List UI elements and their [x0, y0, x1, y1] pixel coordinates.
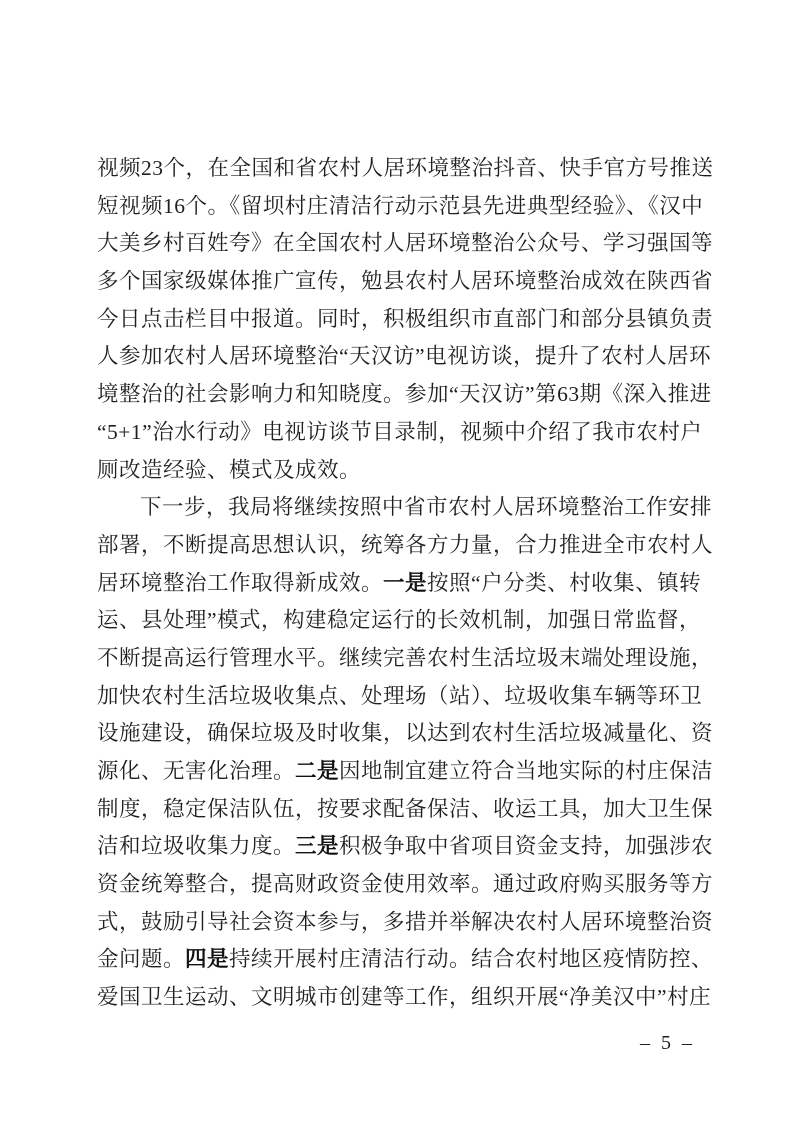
- text-line: 今日点击栏目中报道。同时，积极组织市直部门和部分县镇负责: [97, 301, 698, 339]
- body-text: 爱国卫生运动、文明城市创建等工作，组织开展“净美汉中”村庄: [97, 985, 711, 1009]
- body-text: “5+1”治水行动》电视访谈节目录制，视频中介绍了我市农村户: [97, 420, 702, 444]
- body-text: 资金统筹整合，提高财政资金使用效率。通过政府购买服务等方: [97, 872, 713, 896]
- document-page: 视频23个，在全国和省农村人居环境整治抖音、快手官方号推送短视频16个。《留坝村…: [0, 0, 793, 1122]
- body-text: 今日点击栏目中报道。同时，积极组织市直部门和部分县镇负责: [97, 307, 713, 331]
- text-line: 人参加农村人居环境整治“天汉访”电视访谈，提升了农村人居环: [97, 338, 698, 376]
- text-line: 不断提高运行管理水平。继续完善农村生活垃圾末端处理设施，: [97, 640, 698, 678]
- body-text: 积极争取中省项目资金支持，加强涉农: [339, 834, 713, 858]
- body-text: 居环境整治工作取得新成效。: [97, 571, 383, 595]
- text-line: 视频23个，在全国和省农村人居环境整治抖音、快手官方号推送: [97, 150, 698, 188]
- body-text: 厕改造经验、模式及成效。: [97, 458, 361, 482]
- body-text: 式，鼓励引导社会资本参与，多措并举解决农村人居环境整治资: [97, 910, 713, 934]
- body-text: 运、县处理”模式，构建稳定运行的长效机制，加强日常监督，: [97, 608, 701, 632]
- body-text: 视频23个，在全国和省农村人居环境整治抖音、快手官方号推送: [97, 156, 714, 180]
- text-line: 资金统筹整合，提高财政资金使用效率。通过政府购买服务等方: [97, 866, 698, 904]
- text-line: 洁和垃圾收集力度。三是积极争取中省项目资金支持，加强涉农: [97, 828, 698, 866]
- body-text: 部署，不断提高思想认识，统筹各方力量，合力推进全市农村人: [97, 533, 713, 557]
- text-line: 下一步，我局将继续按照中省市农村人居环境整治工作安排: [97, 489, 698, 527]
- emphasis-text: 二是: [295, 759, 339, 783]
- body-text: 金问题。: [97, 947, 185, 971]
- document-body: 视频23个，在全国和省农村人居环境整治抖音、快手官方号推送短视频16个。《留坝村…: [97, 150, 698, 1017]
- text-line: 短视频16个。《留坝村庄清洁行动示范县先进典型经验》、《汉中: [97, 188, 698, 226]
- paragraph: 下一步，我局将继续按照中省市农村人居环境整治工作安排部署，不断提高思想认识，统筹…: [97, 489, 698, 1017]
- text-line: 加快农村生活垃圾收集点、处理场（站）、垃圾收集车辆等环卫: [97, 678, 698, 716]
- text-line: 源化、无害化治理。二是因地制宜建立符合当地实际的村庄保洁: [97, 753, 698, 791]
- body-text: 不断提高运行管理水平。继续完善农村生活垃圾末端处理设施，: [97, 646, 713, 670]
- text-line: 运、县处理”模式，构建稳定运行的长效机制，加强日常监督，: [97, 602, 698, 640]
- text-line: 爱国卫生运动、文明城市创建等工作，组织开展“净美汉中”村庄: [97, 979, 698, 1017]
- body-text: 源化、无害化治理。: [97, 759, 295, 783]
- emphasis-text: 一是: [383, 571, 427, 595]
- paragraph: 视频23个，在全国和省农村人居环境整治抖音、快手官方号推送短视频16个。《留坝村…: [97, 150, 698, 489]
- body-text: 设施建设，确保垃圾及时收集，以达到农村生活垃圾减量化、资: [97, 721, 713, 745]
- text-line: “5+1”治水行动》电视访谈节目录制，视频中介绍了我市农村户: [97, 414, 698, 452]
- body-text: 境整治的社会影响力和知晓度。参加“天汉访”第63期《深入推进: [97, 382, 712, 406]
- body-text: 大美乡村百姓夸》在全国农村人居环境整治公众号、学习强国等: [97, 231, 713, 255]
- text-line: 境整治的社会影响力和知晓度。参加“天汉访”第63期《深入推进: [97, 376, 698, 414]
- text-line: 式，鼓励引导社会资本参与，多措并举解决农村人居环境整治资: [97, 904, 698, 942]
- body-text: 多个国家级媒体推广宣传，勉县农村人居环境整治成效在陕西省: [97, 269, 713, 293]
- body-text: 洁和垃圾收集力度。: [97, 834, 295, 858]
- text-line: 多个国家级媒体推广宣传，勉县农村人居环境整治成效在陕西省: [97, 263, 698, 301]
- body-text: 持续开展村庄清洁行动。结合农村地区疫情防控、: [229, 947, 713, 971]
- body-text: 人参加农村人居环境整治“天汉访”电视访谈，提升了农村人居环: [97, 344, 711, 368]
- page-number: – 5 –: [640, 1030, 695, 1056]
- text-line: 制度，稳定保洁队伍，按要求配备保洁、收运工具，加大卫生保: [97, 791, 698, 829]
- body-text: 加快农村生活垃圾收集点、处理场（站）、垃圾收集车辆等环卫: [97, 684, 702, 708]
- body-text: 制度，稳定保洁队伍，按要求配备保洁、收运工具，加大卫生保: [97, 797, 713, 821]
- emphasis-text: 四是: [185, 947, 229, 971]
- text-line: 大美乡村百姓夸》在全国农村人居环境整治公众号、学习强国等: [97, 225, 698, 263]
- text-line: 居环境整治工作取得新成效。一是按照“户分类、村收集、镇转: [97, 565, 698, 603]
- text-line: 设施建设，确保垃圾及时收集，以达到农村生活垃圾减量化、资: [97, 715, 698, 753]
- emphasis-text: 三是: [295, 834, 339, 858]
- body-text: 下一步，我局将继续按照中省市农村人居环境整治工作安排: [140, 495, 712, 519]
- text-line: 金问题。四是持续开展村庄清洁行动。结合农村地区疫情防控、: [97, 941, 698, 979]
- body-text: 按照“户分类、村收集、镇转: [427, 571, 701, 595]
- body-text: 短视频16个。《留坝村庄清洁行动示范县先进典型经验》、《汉中: [97, 194, 703, 218]
- text-line: 部署，不断提高思想认识，统筹各方力量，合力推进全市农村人: [97, 527, 698, 565]
- body-text: 因地制宜建立符合当地实际的村庄保洁: [339, 759, 713, 783]
- text-line: 厕改造经验、模式及成效。: [97, 452, 698, 490]
